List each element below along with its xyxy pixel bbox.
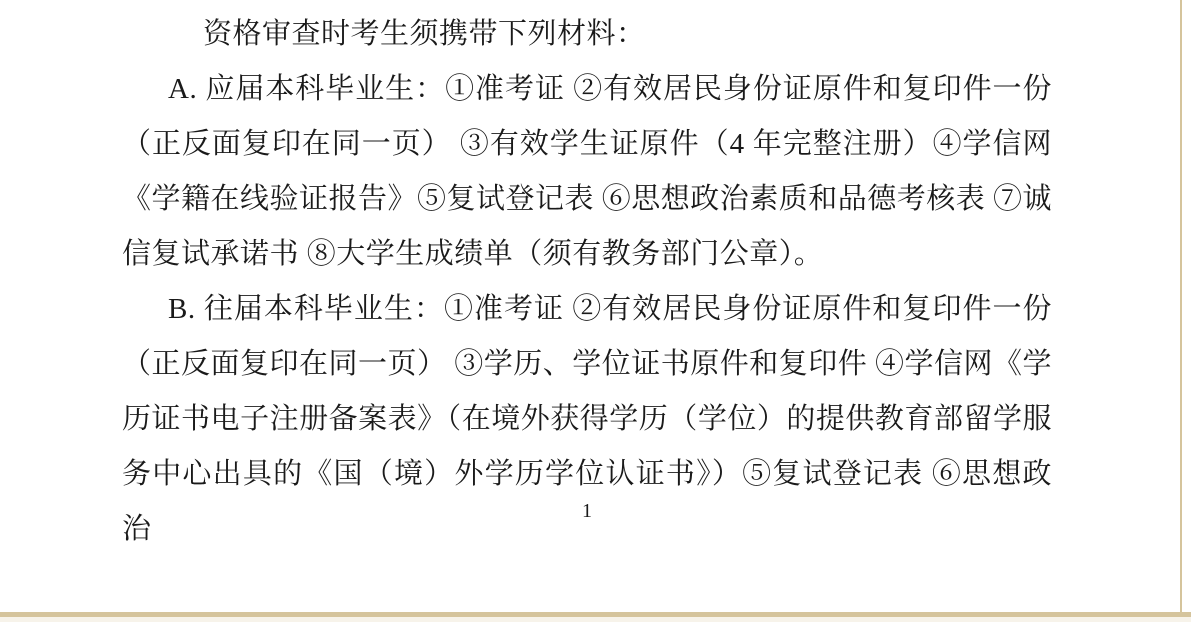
paragraph-line: 信复试承诺书 ⑧大学生成绩单（须有教务部门公章）。	[122, 227, 1052, 282]
page-boundary-right-line	[1180, 0, 1182, 612]
page-number: 1	[122, 498, 1052, 524]
paragraph-line: （正反面复印在同一页） ③有效学生证原件（4 年完整注册）④学信网	[122, 117, 1052, 172]
paragraph-line: A. 应届本科毕业生：①准考证 ②有效居民身份证原件和复印件一份	[122, 62, 1052, 117]
paragraph-line: 《学籍在线验证报告》⑤复试登记表 ⑥思想政治素质和品德考核表 ⑦诚	[122, 172, 1052, 227]
paragraph-line: B. 往届本科毕业生：①准考证 ②有效居民身份证原件和复印件一份	[122, 282, 1052, 337]
page-boundary-bottom-shadow	[0, 617, 1191, 622]
document-page: 资格审查时考生须携带下列材料： A. 应届本科毕业生：①准考证 ②有效居民身份证…	[0, 0, 1191, 622]
paragraph-line: （正反面复印在同一页） ③学历、学位证书原件和复印件 ④学信网《学	[122, 337, 1052, 392]
paragraph-line: 资格审查时考生须携带下列材料：	[122, 7, 1052, 62]
document-text-area[interactable]: 资格审查时考生须携带下列材料： A. 应届本科毕业生：①准考证 ②有效居民身份证…	[122, 7, 1052, 502]
paragraph-line: 务中心出具的《国（境）外学历学位认证书》）⑤复试登记表 ⑥思想政治	[122, 447, 1052, 502]
paragraph-line: 历证书电子注册备案表》（在境外获得学历（学位）的提供教育部留学服	[122, 392, 1052, 447]
